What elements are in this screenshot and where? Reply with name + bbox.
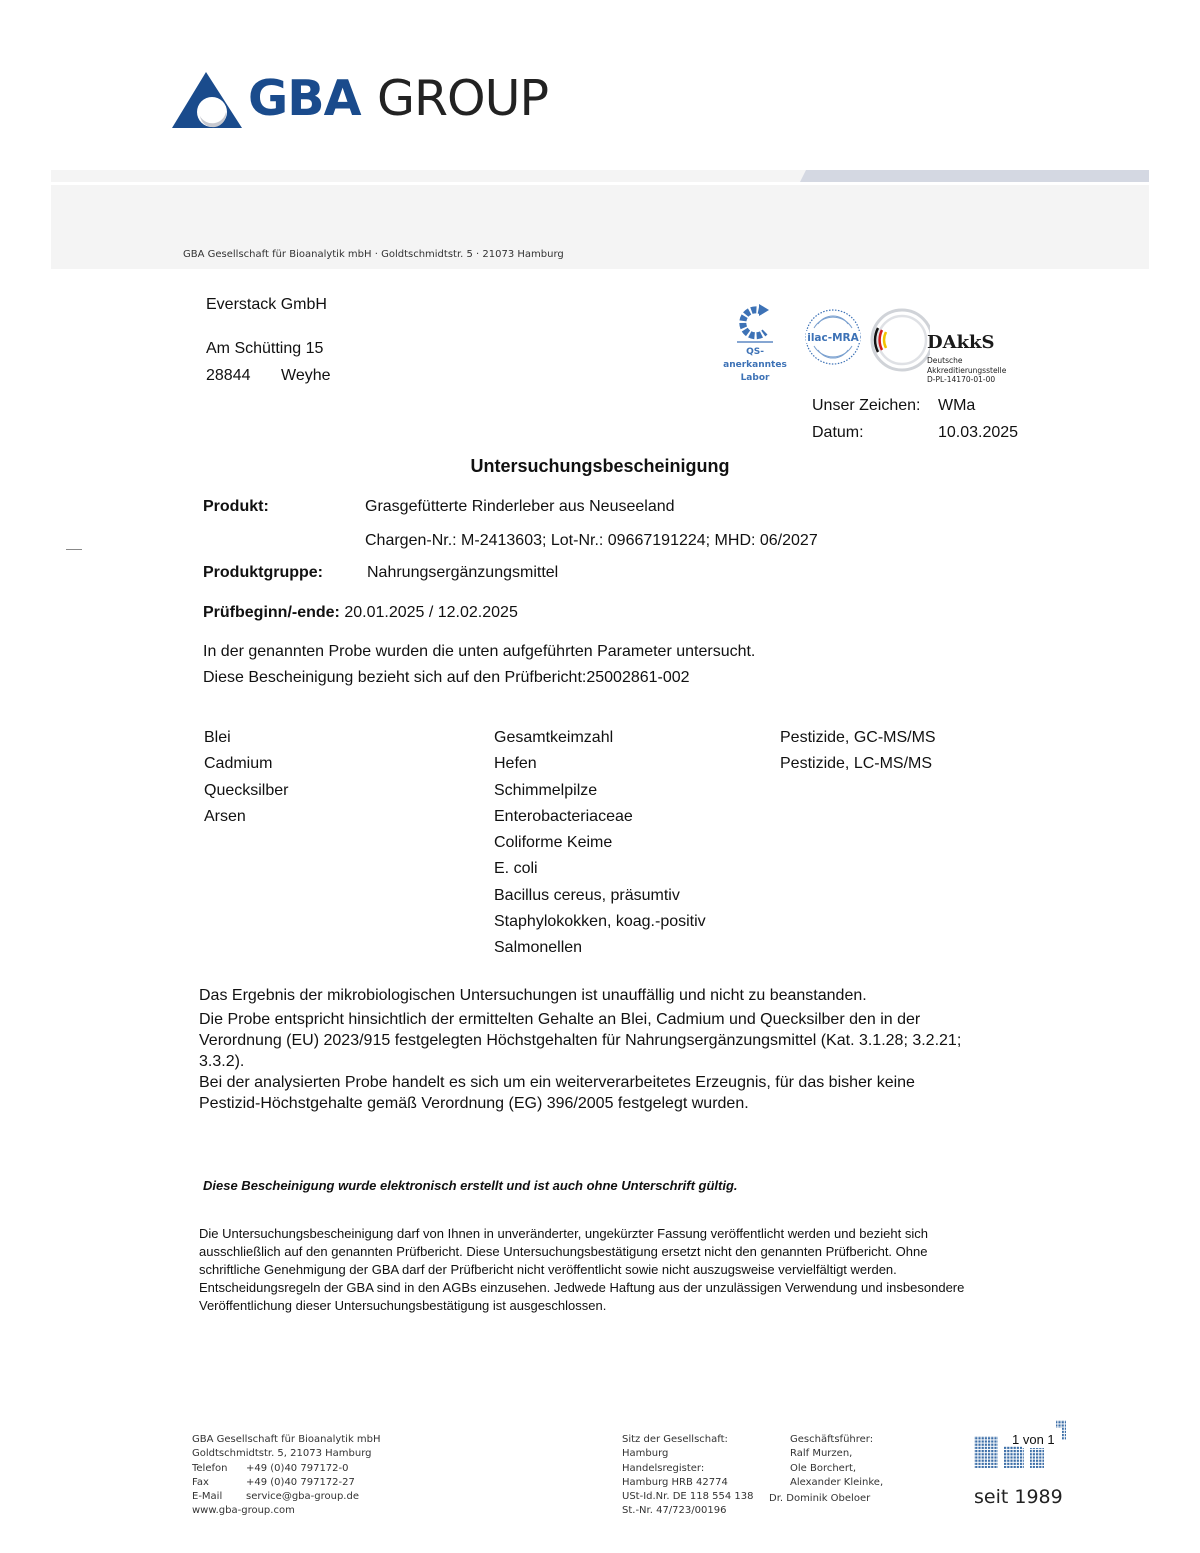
parameter-item: Pestizide, LC-MS/MS xyxy=(780,754,936,780)
disclaimer: Die Untersuchungsbescheinigung darf von … xyxy=(199,1225,964,1315)
parameter-item: Salmonellen xyxy=(494,938,706,964)
footer-address: Goldtschmidtstr. 5, 21073 Hamburg xyxy=(192,1447,381,1461)
footer-tax: St.-Nr. 47/723/00196 xyxy=(622,1504,754,1518)
parameter-item: Quecksilber xyxy=(204,781,288,807)
recipient-street: Am Schütting 15 xyxy=(206,340,323,358)
result-metals-line2: Verordnung (EU) 2023/915 festgelegten Hö… xyxy=(199,1030,961,1051)
footer-website[interactable]: www.gba-group.com xyxy=(192,1504,381,1518)
footer-register-label: Handelsregister: xyxy=(622,1462,754,1476)
svg-text:ilac-MRA: ilac-MRA xyxy=(807,332,859,344)
footer-seat-label: Sitz der Gesellschaft: xyxy=(622,1433,754,1447)
disclaimer-line2: ausschließlich auf den genannten Prüfber… xyxy=(199,1243,964,1261)
footer-phone-label: Telefon xyxy=(192,1462,246,1476)
parameters-heavy-metals: BleiCadmiumQuecksilberArsen xyxy=(204,728,288,833)
logo-gba-text: GBA xyxy=(248,70,361,127)
qs-cycle-icon xyxy=(715,300,795,344)
intro-line-2: Diese Bescheinigung bezieht sich auf den… xyxy=(203,669,690,687)
recipient-name: Everstack GmbH xyxy=(206,296,327,314)
footer-ceo-label: Geschäftsführer: xyxy=(790,1433,883,1447)
parameter-item: Bacillus cereus, präsumtiv xyxy=(494,886,706,912)
ilac-seal-icon: ilac-MRA xyxy=(804,308,862,366)
logo-group-text: GROUP xyxy=(377,70,548,127)
dakks-arcs-icon xyxy=(870,308,930,372)
footer-register: Hamburg HRB 42774 xyxy=(622,1476,754,1490)
disclaimer-line3: schriftliche Genehmigung der GBA darf de… xyxy=(199,1261,964,1279)
anniversary-badge: 1 von 1 xyxy=(972,1418,1072,1478)
footer-email-label: E-Mail xyxy=(192,1490,246,1504)
result-metals: Die Probe entspricht hinsichtlich der er… xyxy=(199,1009,961,1114)
our-sign-value: WMa xyxy=(938,397,975,415)
parameter-item: Gesamtkeimzahl xyxy=(494,728,706,754)
footer-company-info: GBA Gesellschaft für Bioanalytik mbH Gol… xyxy=(192,1433,381,1519)
recipient-zip: 28844 xyxy=(206,367,251,385)
result-microbiology: Das Ergebnis der mikrobiologischen Unter… xyxy=(199,985,867,1006)
parameter-item: Blei xyxy=(204,728,288,754)
footer-fax-label: Fax xyxy=(192,1476,246,1490)
dotted-30-icon xyxy=(972,1418,1072,1478)
disclaimer-line1: Die Untersuchungsbescheinigung darf von … xyxy=(199,1225,964,1243)
test-period: Prüfbeginn/-ende: 20.01.2025 / 12.02.202… xyxy=(203,604,518,622)
result-pesticides-line2: Pestizid-Höchstgehalte gemäß Verordnung … xyxy=(199,1093,961,1114)
our-sign-label: Unser Zeichen: xyxy=(812,397,921,415)
parameter-item: Pestizide, GC-MS/MS xyxy=(780,728,936,754)
parameter-item: Cadmium xyxy=(204,754,288,780)
parameters-pesticides: Pestizide, GC-MS/MSPestizide, LC-MS/MS xyxy=(780,728,936,781)
footer-ceo-4: Dr. Dominik Obeloer xyxy=(769,1492,870,1506)
footer-fax: +49 (0)40 797172-27 xyxy=(246,1477,355,1488)
footer-email[interactable]: service@gba-group.de xyxy=(246,1491,359,1502)
product-group-label: Produktgruppe: xyxy=(203,564,323,582)
dakks-line1: Deutsche xyxy=(927,356,1006,366)
product-group-value: Nahrungsergänzungsmittel xyxy=(367,564,558,582)
qs-logo: QS-anerkanntes Labor xyxy=(715,300,795,380)
page-number: 1 von 1 xyxy=(1012,1432,1055,1447)
sender-line: GBA Gesellschaft für Bioanalytik mbH · G… xyxy=(183,249,564,260)
footer-management: Geschäftsführer: Ralf Murzen, Ole Borche… xyxy=(790,1433,883,1490)
disclaimer-line4: Entscheidungsregeln der GBA sind in den … xyxy=(199,1279,964,1297)
product-name: Grasgefütterte Rinderleber aus Neuseelan… xyxy=(365,498,675,516)
ilac-mra-logo: ilac-MRA xyxy=(804,308,862,366)
product-label: Produkt: xyxy=(203,498,269,516)
footer-vat: USt-Id.Nr. DE 118 554 138 xyxy=(622,1490,754,1504)
parameter-item: Enterobacteriaceae xyxy=(494,807,706,833)
parameters-microbiology: GesamtkeimzahlHefenSchimmelpilzeEnteroba… xyxy=(494,728,706,965)
parameter-item: Staphylokokken, koag.-positiv xyxy=(494,912,706,938)
document-title: Untersuchungsbescheinigung xyxy=(0,456,1200,477)
date-value: 10.03.2025 xyxy=(938,424,1018,442)
product-batch: Chargen-Nr.: M-2413603; Lot-Nr.: 0966719… xyxy=(365,532,818,550)
dakks-line3: D-PL-14170-01-00 xyxy=(927,375,1006,385)
result-pesticides-line1: Bei der analysierten Probe handelt es si… xyxy=(199,1072,961,1093)
footer-phone: +49 (0)40 797172-0 xyxy=(246,1463,349,1474)
electronic-signature-note: Diese Bescheinigung wurde elektronisch e… xyxy=(203,1178,738,1193)
margin-mark xyxy=(66,549,82,550)
parameter-item: Coliforme Keime xyxy=(494,833,706,859)
recipient-city: Weyhe xyxy=(281,367,331,385)
result-metals-line1: Die Probe entspricht hinsichtlich der er… xyxy=(199,1009,961,1030)
gba-group-logo: GBA GROUP xyxy=(172,72,572,130)
since-text: seit 1989 xyxy=(974,1486,1063,1508)
dakks-line2: Akkreditierungsstelle xyxy=(927,366,1006,376)
dakks-logo: DAkkS Deutsche Akkreditierungsstelle D-P… xyxy=(870,308,1020,380)
test-period-label: Prüfbeginn/-ende: xyxy=(203,604,340,621)
footer-ceo-1: Ralf Murzen, xyxy=(790,1447,883,1461)
footer-ceo-2: Ole Borchert, xyxy=(790,1462,883,1476)
qs-label-line2: Labor xyxy=(715,372,795,385)
parameter-item: Hefen xyxy=(494,754,706,780)
parameter-item: Arsen xyxy=(204,807,288,833)
footer-company: GBA Gesellschaft für Bioanalytik mbH xyxy=(192,1433,381,1447)
test-period-value: 20.01.2025 / 12.02.2025 xyxy=(344,604,518,621)
dakks-title: DAkkS xyxy=(927,332,995,353)
gba-triangle-icon xyxy=(172,72,244,130)
footer-legal-info: Sitz der Gesellschaft: Hamburg Handelsre… xyxy=(622,1433,754,1519)
header-band-accent xyxy=(800,170,1149,182)
date-label: Datum: xyxy=(812,424,864,442)
parameter-item: E. coli xyxy=(494,859,706,885)
intro-line-1: In der genannten Probe wurden die unten … xyxy=(203,643,755,661)
parameter-item: Schimmelpilze xyxy=(494,781,706,807)
footer-ceo-3: Alexander Kleinke, xyxy=(790,1476,883,1490)
result-metals-line3: 3.3.2). xyxy=(199,1051,961,1072)
qs-label-line1: QS-anerkanntes xyxy=(715,346,795,372)
footer-seat: Hamburg xyxy=(622,1447,754,1461)
disclaimer-line5: Veröffentlichung dieser Untersuchungsbes… xyxy=(199,1297,964,1315)
